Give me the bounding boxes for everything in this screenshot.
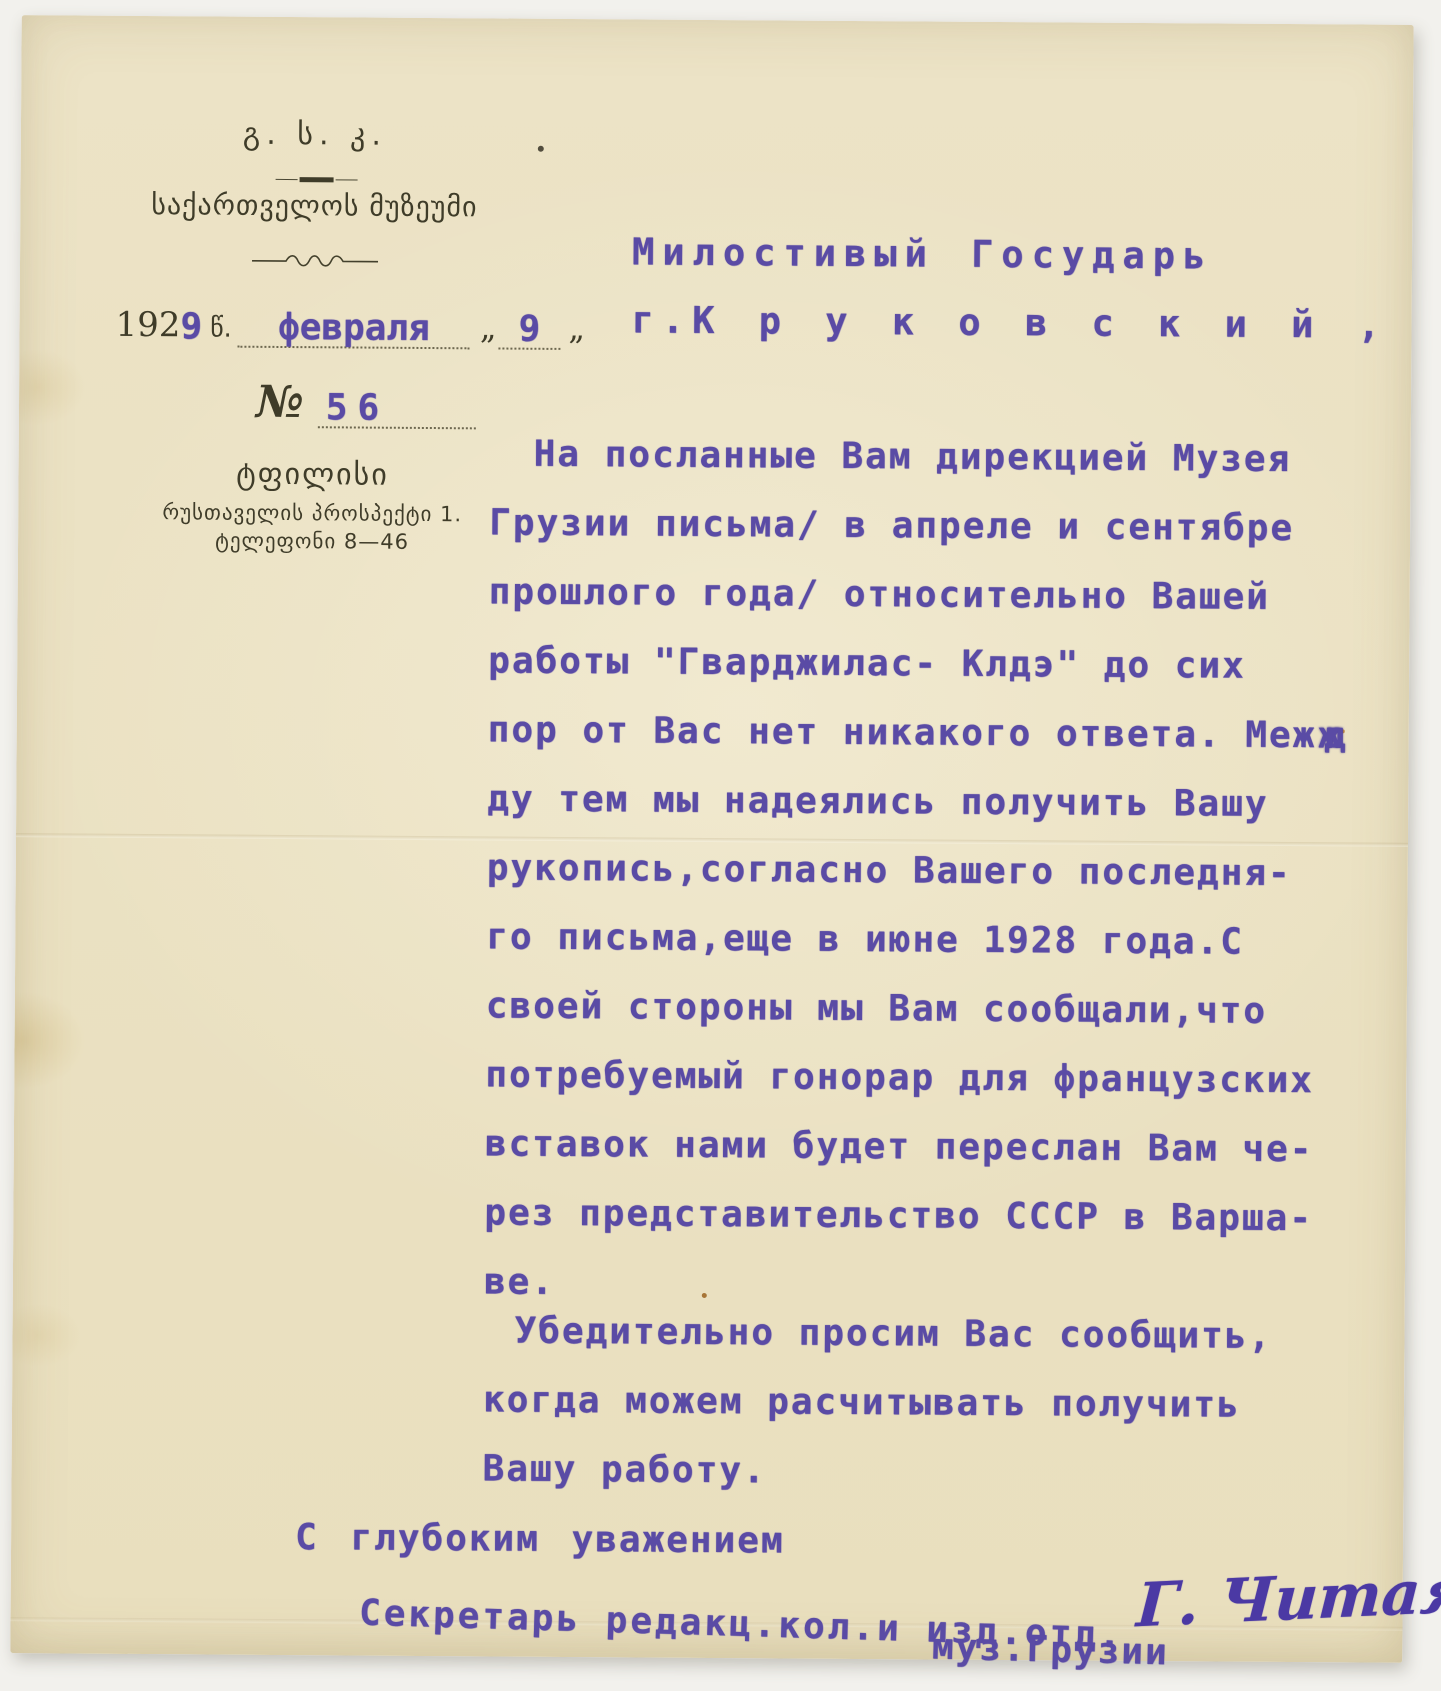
letterhead-city: ტფილისი — [92, 456, 532, 494]
typed-line: Вашу работу. — [482, 1434, 1271, 1509]
divider-thin-line — [276, 179, 298, 180]
typed-line: Убедительно просим Вас сообщить, — [483, 1296, 1272, 1371]
typed-line: своей стороны мы Вам сообщали,что — [486, 971, 1328, 1046]
typed-line: рез представительство СССР в Варша- — [484, 1178, 1326, 1253]
typed-line: пор от Вас нет никакого ответа. Межжд — [488, 695, 1330, 770]
salutation-block: Милостивый Государь г.К р у к о в с к и … — [631, 233, 1388, 344]
overstruck-characters: жд — [1318, 715, 1330, 756]
paper-speck — [538, 146, 544, 152]
letterhead-ornament — [250, 253, 380, 274]
scan-background: { "colors": { "paper": "#ece3c4", "scan_… — [0, 0, 1441, 1691]
closing-org-line: муз.Грузии — [932, 1627, 1170, 1674]
handwritten-signature: Г. Читая — [1135, 1557, 1439, 1641]
typed-line-text: когда можем расчитывать получить — [483, 1379, 1241, 1425]
typed-line-text: работы "Гварджилас- Клдэ" до сих — [488, 640, 1246, 686]
letterhead-org-abbreviation: გ. ს. კ. — [95, 116, 535, 154]
typed-line: Грузии письма/ в апреле и сентябре — [489, 488, 1331, 563]
typed-line: вставок нами будет переслан Вам че- — [485, 1109, 1327, 1184]
typed-line-text: рукопись,согласно Вашего последня- — [487, 847, 1292, 894]
typed-line-text: го письма,еще в июне 1928 года.С — [486, 916, 1244, 962]
typed-line: потребуемый гонорар для французских — [485, 1040, 1327, 1115]
month-dotted-field: февраля — [238, 305, 470, 350]
typed-day: 9 — [518, 309, 540, 350]
typed-year-digit: 9 — [180, 306, 202, 347]
typed-line-text: своей стороны мы Вам сообщали,что — [486, 985, 1268, 1031]
date-line: 192 9 წ. февраля „ 9 „ — [115, 304, 585, 350]
typed-line: ду тем мы надеялись получить Вашу — [487, 764, 1329, 839]
typed-month: февраля — [278, 307, 430, 349]
typed-line-text: потребуемый гонорар для французских — [485, 1054, 1314, 1101]
printed-year-prefix: 192 — [115, 305, 180, 345]
divider-thin-line — [336, 179, 358, 180]
typed-line: прошлого года/ относительно Вашей — [488, 557, 1330, 632]
letterhead-phone: ტელეფონი 8—46 — [92, 528, 532, 555]
letterhead-divider — [275, 177, 359, 183]
typed-line-text: ду тем мы надеялись получить Вашу — [487, 778, 1269, 824]
addressee-name: г.К р у к о в с к и й , — [631, 301, 1388, 344]
typed-line-text: рез представительство СССР в Варша- — [484, 1192, 1313, 1239]
body-paragraph-1: На посланные Вам дирекцией МузеяГрузии п… — [484, 419, 1332, 1322]
letterhead-address: რუსთაველის პროსპექტი 1. — [92, 500, 532, 527]
letterhead-org-name: საქართველოს მუზეუმი — [94, 188, 534, 224]
divider-thick-line — [300, 177, 334, 182]
typed-line: На посланные Вам дирекцией Музея — [489, 419, 1331, 494]
typed-line-text: Грузии письма/ в апреле и сентябре — [489, 502, 1294, 549]
number-dotted-field: 56 — [318, 385, 476, 429]
typed-line-text: На посланные Вам дирекцией Музея — [534, 434, 1292, 480]
typed-document-number: 56 — [326, 387, 390, 428]
typed-line: рукопись,согласно Вашего последня- — [487, 833, 1329, 908]
printed-year-word: წ. — [210, 313, 232, 343]
closing-regards: С глубоким уважением — [295, 1517, 785, 1561]
letter-paper: გ. ს. კ. საქართველოს მუზეუმი 192 9 წ. фе… — [10, 15, 1413, 1663]
printed-close-quote: „ — [568, 309, 585, 347]
typed-line-text: пор от Вас нет никакого ответа. Меж — [488, 709, 1317, 756]
paper-speck — [1341, 729, 1345, 733]
printed-open-quote: „ — [480, 308, 497, 346]
salutation-line: Милостивый Государь — [632, 233, 1389, 276]
printed-number-sign: № — [256, 377, 304, 428]
typed-line-text: Убедительно просим Вас сообщить, — [514, 1311, 1272, 1357]
typed-line: го письма,еще в июне 1928 года.С — [486, 902, 1328, 977]
typed-line: когда можем расчитывать получить — [483, 1365, 1272, 1440]
typed-line: работы "Гварджилас- Клдэ" до сих — [488, 626, 1330, 701]
day-dotted-field: 9 — [498, 306, 560, 349]
document-number-line: № 56 — [256, 377, 476, 430]
body-paragraph-2: Убедительно просим Вас сообщить,когда мо… — [482, 1296, 1272, 1509]
typed-line-text: прошлого года/ относительно Вашей — [489, 571, 1271, 617]
typed-line-text: Вашу работу. — [482, 1448, 766, 1491]
typed-line-text: вставок нами будет переслан Вам че- — [485, 1123, 1314, 1170]
